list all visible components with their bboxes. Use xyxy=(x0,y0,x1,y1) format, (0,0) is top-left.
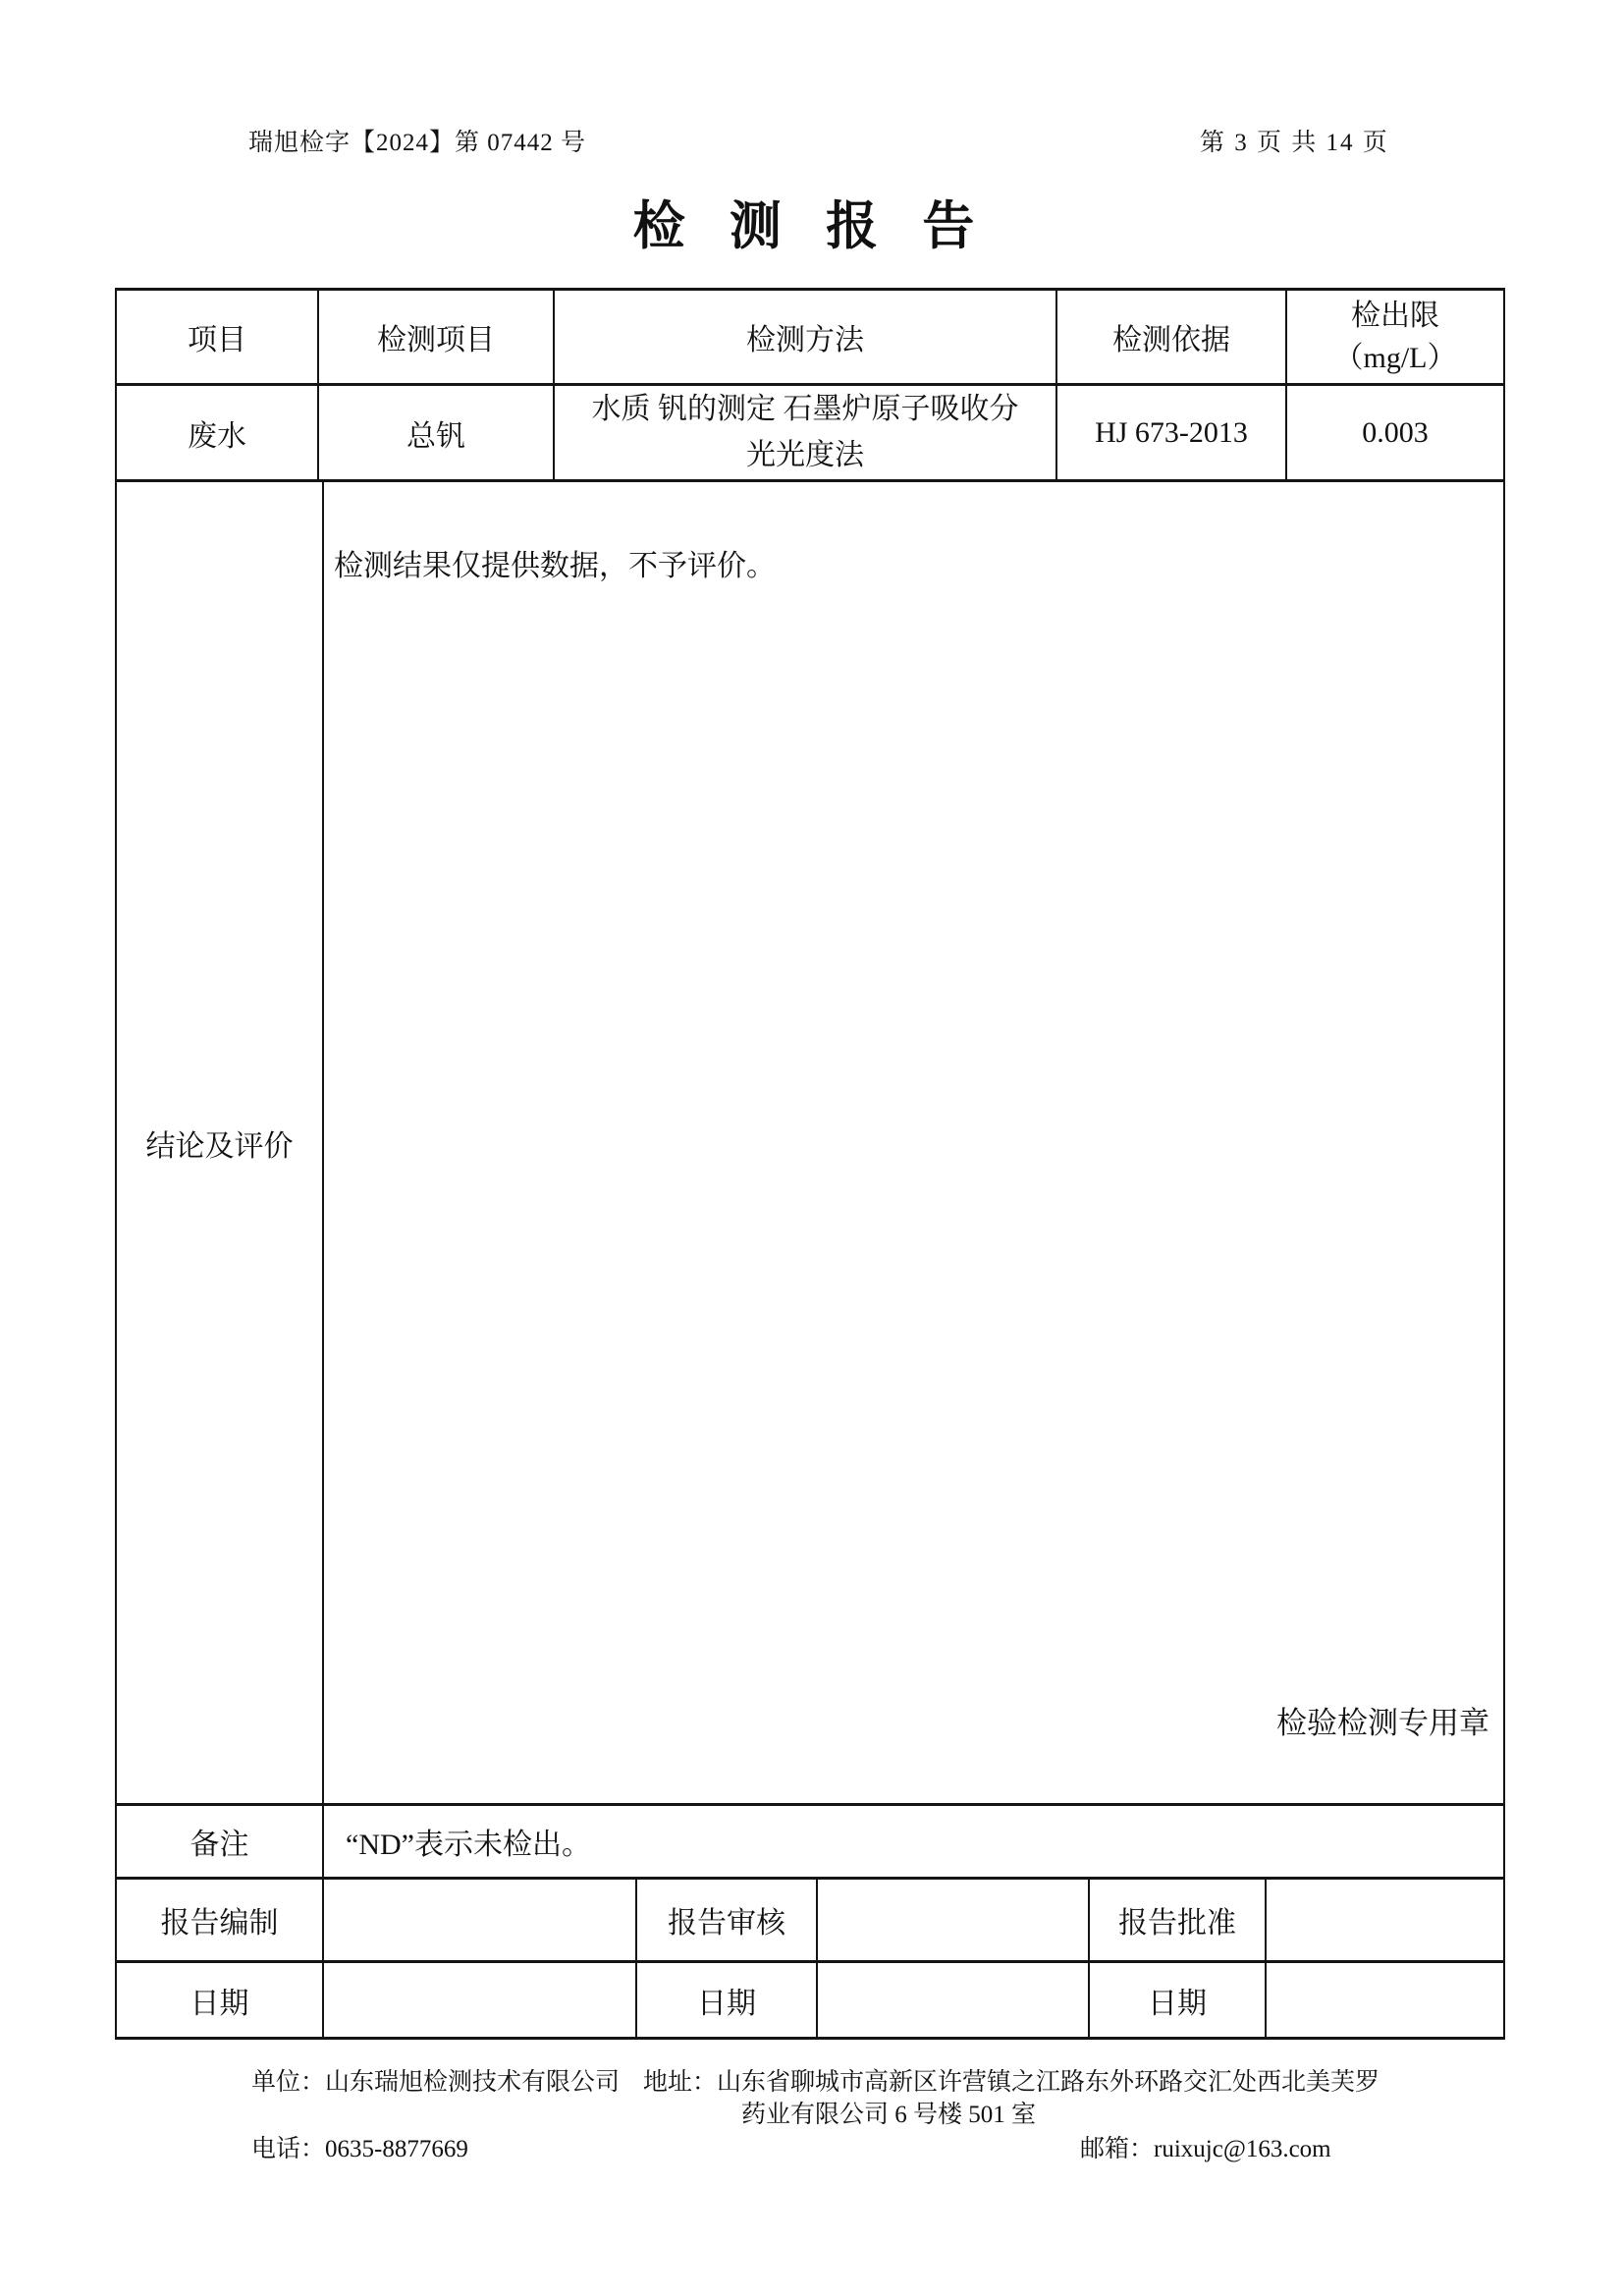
conclusion-row: 结论及评价 检测结果仅提供数据，不予评价。 检验检测专用章 xyxy=(117,482,1503,1806)
cell-detection-limit: 0.003 xyxy=(1287,386,1503,479)
date-label-1: 日期 xyxy=(117,1963,324,2037)
date-row: 日期 日期 日期 xyxy=(117,1963,1503,2037)
table-data-row: 废水 总钒 水质 钒的测定 石墨炉原子吸收分光光度法 HJ 673-2013 0… xyxy=(117,386,1503,482)
report-approved-value xyxy=(1267,1880,1503,1960)
conclusion-label: 结论及评价 xyxy=(117,482,324,1803)
results-table: 项目 检测项目 检测方法 检测依据 检出限 （mg/L） 废水 总钒 水质 钒的… xyxy=(115,288,1505,2040)
date-label-3: 日期 xyxy=(1090,1963,1267,2037)
report-prepared-value xyxy=(324,1880,637,1960)
report-reviewed-value xyxy=(818,1880,1090,1960)
header-cell-basis: 检测依据 xyxy=(1057,291,1287,383)
footer-address-line2: 药业有限公司 6 号楼 501 室 xyxy=(741,2095,1036,2130)
report-reviewed-label: 报告审核 xyxy=(637,1880,818,1960)
header-cell-method: 检测方法 xyxy=(555,291,1057,383)
date-value-1 xyxy=(324,1963,637,2037)
date-value-3 xyxy=(1267,1963,1503,2037)
report-prepared-label: 报告编制 xyxy=(117,1880,324,1960)
report-approved-label: 报告批准 xyxy=(1090,1880,1267,1960)
table-header-row: 项目 检测项目 检测方法 检测依据 检出限 （mg/L） xyxy=(117,291,1503,386)
conclusion-text: 检测结果仅提供数据，不予评价。 xyxy=(334,541,776,584)
remark-row: 备注 “ND”表示未检出。 xyxy=(117,1806,1503,1880)
footer-address-line1: 地址：山东省聊城市高新区许营镇之江路东外环路交汇处西北美芙罗 xyxy=(643,2062,1380,2098)
inspection-stamp-label: 检验检测专用章 xyxy=(1276,1698,1489,1742)
header-cell-category: 项目 xyxy=(117,291,319,383)
signoff-row: 报告编制 报告审核 报告批准 xyxy=(117,1880,1503,1963)
remark-label: 备注 xyxy=(117,1806,324,1877)
doc-number: 瑞旭检字【2024】第 07442 号 xyxy=(248,123,586,158)
date-value-2 xyxy=(818,1963,1090,2037)
conclusion-content-cell: 检测结果仅提供数据，不予评价。 检验检测专用章 xyxy=(324,482,1503,1803)
cell-test-method: 水质 钒的测定 石墨炉原子吸收分光光度法 xyxy=(555,386,1057,479)
page-indicator: 第 3 页 共 14 页 xyxy=(1200,123,1389,158)
report-page: 瑞旭检字【2024】第 07442 号 第 3 页 共 14 页 检 测 报 告… xyxy=(0,0,1623,2296)
header-cell-detection-limit: 检出限 （mg/L） xyxy=(1287,291,1503,383)
date-label-2: 日期 xyxy=(637,1963,818,2037)
test-method-text: 水质 钒的测定 石墨炉原子吸收分光光度法 xyxy=(588,387,1022,478)
report-title: 检 测 报 告 xyxy=(0,185,1623,259)
footer-company: 单位：山东瑞旭检测技术有限公司 xyxy=(251,2062,620,2098)
header-cell-item: 检测项目 xyxy=(319,291,555,383)
cell-sample-category: 废水 xyxy=(117,386,319,479)
cell-test-basis: HJ 673-2013 xyxy=(1057,386,1287,479)
cell-test-item: 总钒 xyxy=(319,386,555,479)
footer-email: 邮箱：ruixujc@163.com xyxy=(1080,2129,1331,2164)
footer-phone: 电话：0635-8877669 xyxy=(251,2129,468,2164)
remark-text: “ND”表示未检出。 xyxy=(324,1806,1503,1877)
